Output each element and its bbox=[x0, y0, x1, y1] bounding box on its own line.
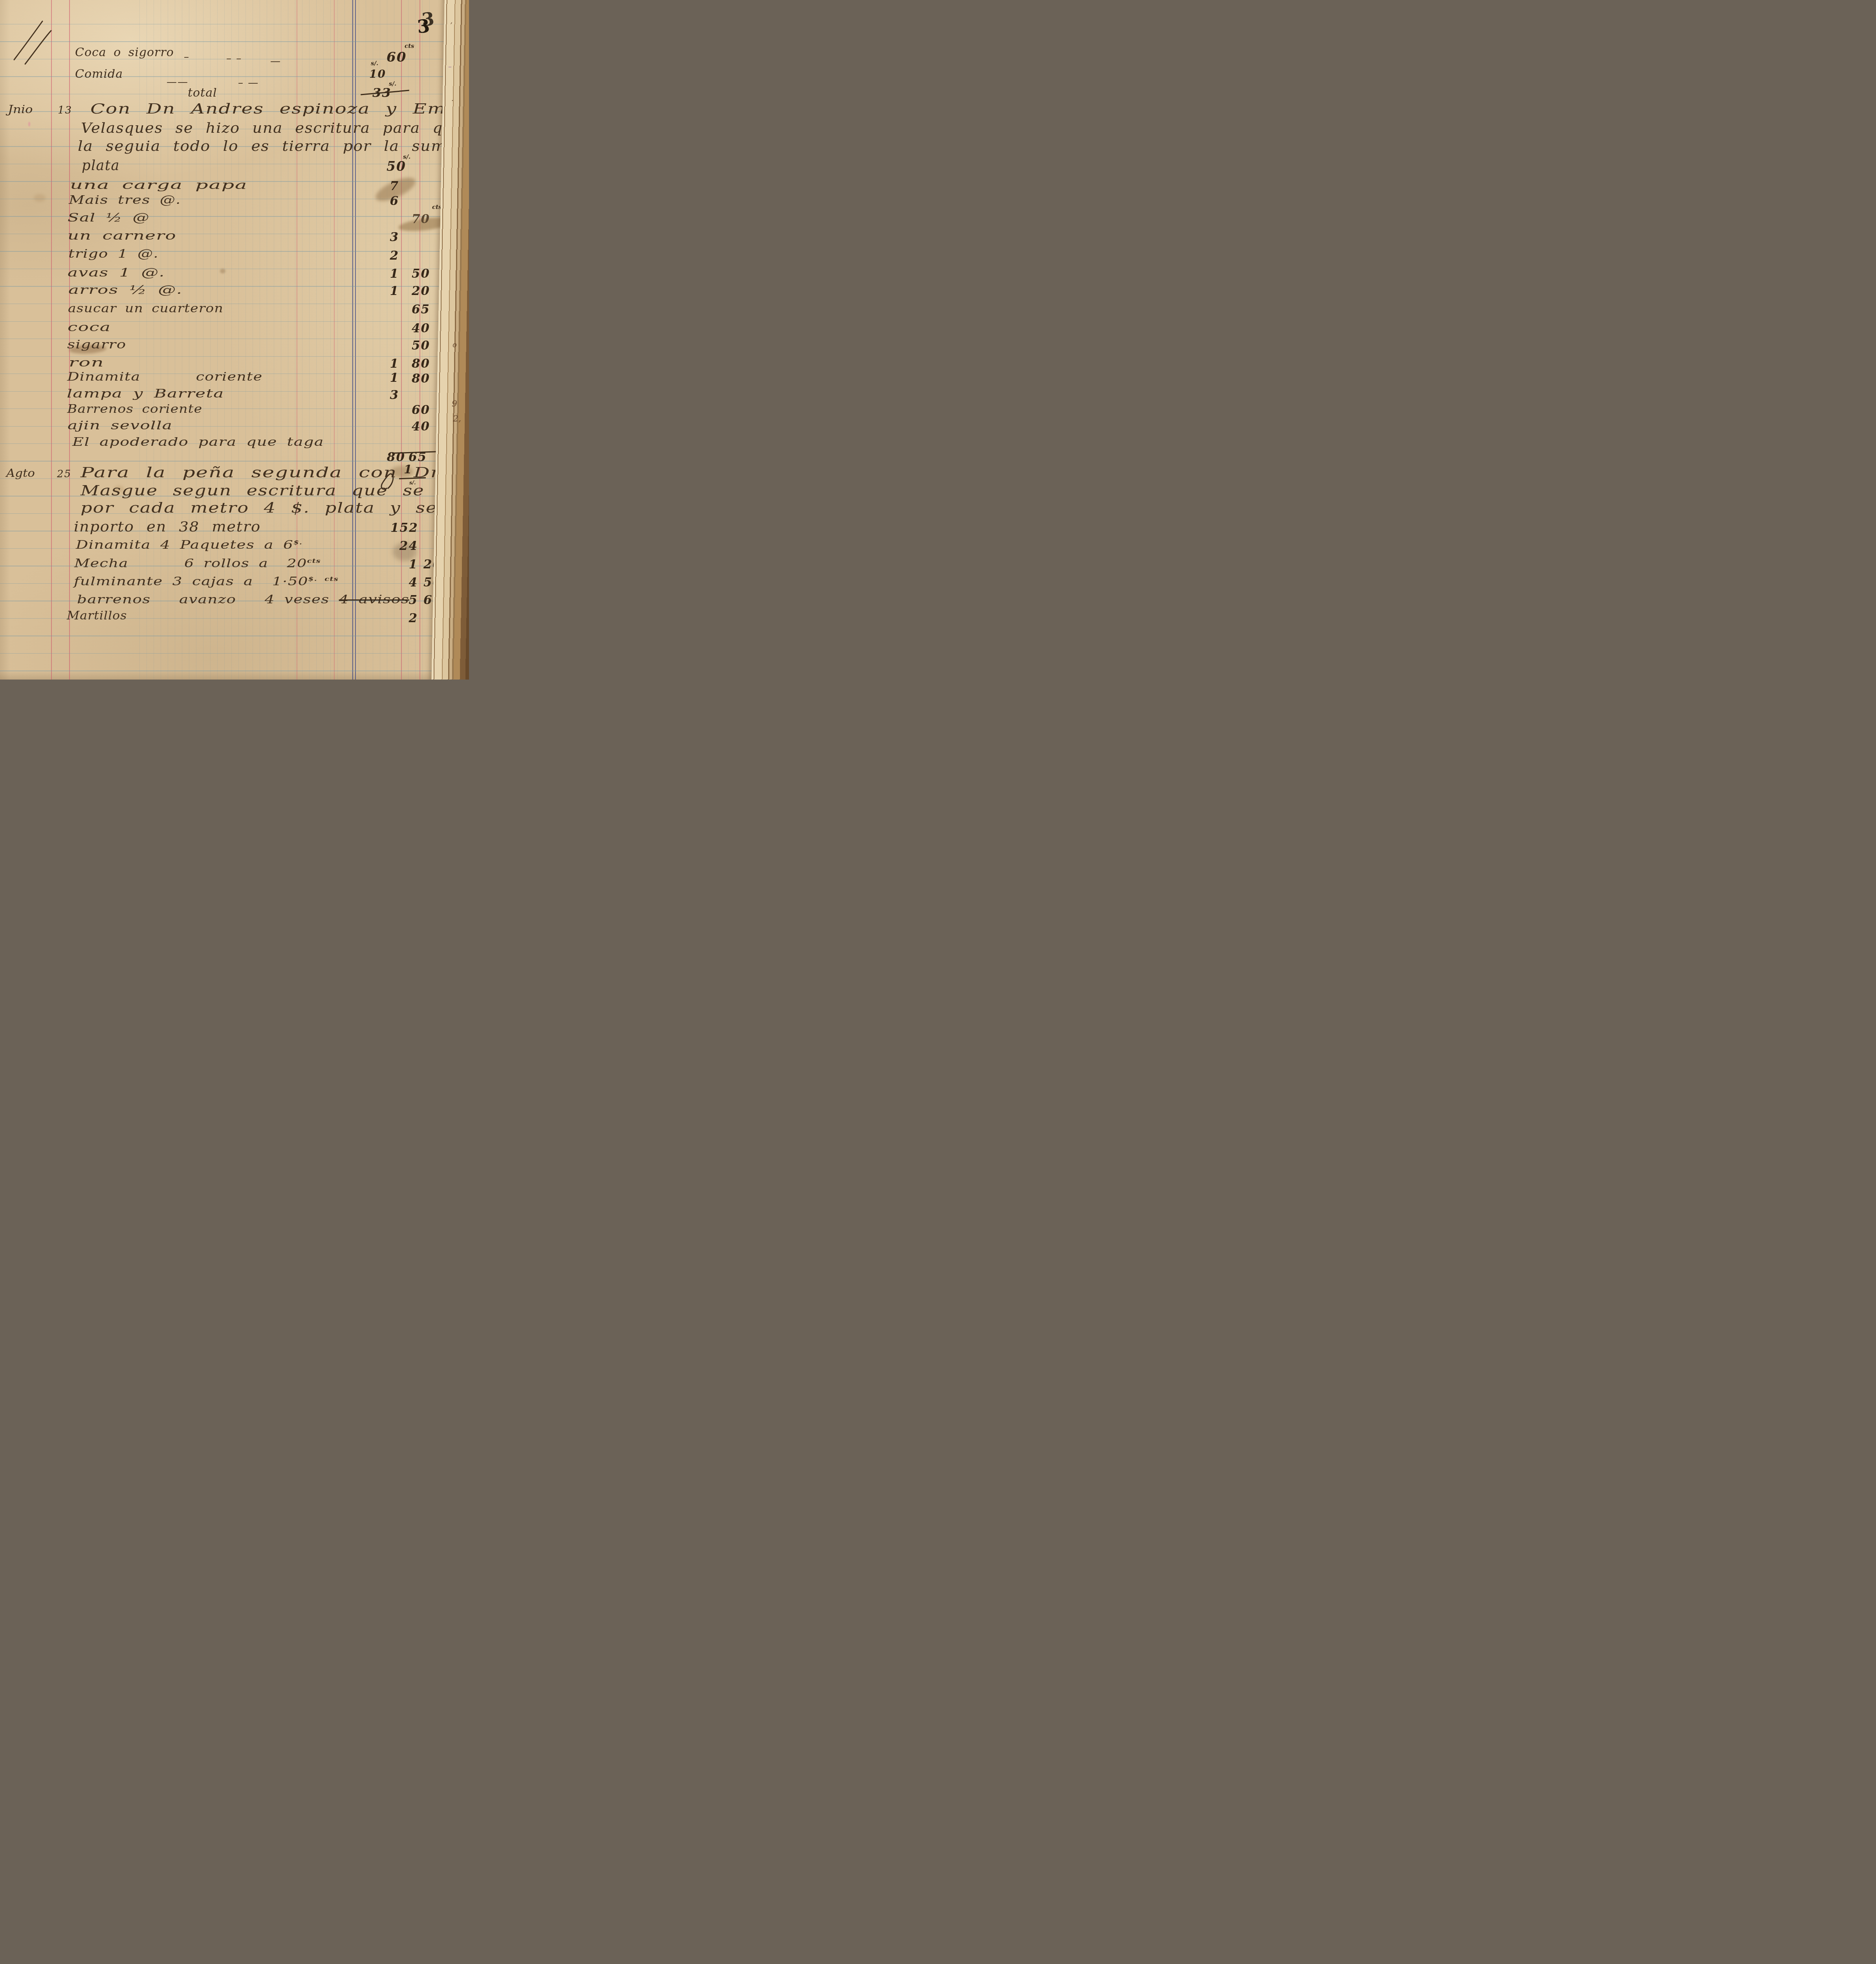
amount-cents: 20 bbox=[412, 284, 430, 298]
ledger-item-desc: Dinamita coriente bbox=[67, 370, 263, 384]
ledger-item-desc: lampa y Barreta bbox=[67, 387, 224, 401]
amount-units: 1 bbox=[390, 557, 418, 572]
handwritten-content: 3 Coca o sigorro – – – — 60 cts Comida —… bbox=[0, 0, 469, 680]
summary-amount: 10 bbox=[369, 68, 386, 81]
dash-stroke: – — bbox=[238, 77, 259, 89]
summary-row-label: Coca o sigorro bbox=[75, 46, 174, 59]
amount-cents: 80 bbox=[412, 372, 430, 386]
ledger-item-desc: trigo 1 @. bbox=[68, 247, 159, 261]
ledger-item-desc: Martillos bbox=[67, 609, 127, 623]
amount-units: 3 bbox=[372, 388, 399, 402]
amount-cents: 40 bbox=[412, 420, 430, 434]
amount-units: 2 bbox=[372, 249, 399, 263]
inline-superscript: $. bbox=[293, 539, 302, 546]
line-text: Mecha 6 rollos a 20 bbox=[74, 557, 307, 570]
amount-cents: 80 bbox=[412, 357, 430, 371]
entry-paragraph-line: Masgue segun escritura que se hizo es bbox=[81, 483, 469, 499]
amount-units: 152 bbox=[390, 521, 418, 535]
line-text: barrenos avanzo 4 veses bbox=[77, 593, 339, 606]
ledger-item-desc: Dinamita 4 Paquetes a 6$. bbox=[76, 538, 302, 552]
edge-ink-mark: 9 bbox=[452, 399, 457, 409]
ledger-page-scan: 3 Coca o sigorro – – – — 60 cts Comida —… bbox=[0, 0, 469, 680]
entry-amount: 50 bbox=[387, 159, 406, 174]
entry-paragraph-line: plata bbox=[82, 158, 120, 174]
ledger-item-desc: coca bbox=[68, 321, 111, 334]
dash-stroke: – bbox=[184, 51, 190, 63]
amount-cents: 40 bbox=[412, 321, 430, 335]
entry-paragraph-line: Con Dn Andres espinoza y Emogenes bbox=[90, 101, 469, 117]
ledger-item-desc: ron bbox=[69, 356, 104, 370]
ledger-item-desc: Mais tres @. bbox=[69, 193, 181, 207]
ledger-item-desc: Mecha 6 rollos a 20cts bbox=[74, 557, 321, 570]
edge-ink-mark: o bbox=[453, 341, 457, 349]
ledger-item-desc: arros ½ @. bbox=[68, 283, 183, 297]
ledger-item-desc: barrenos avanzo 4 veses 4 avisos bbox=[77, 593, 409, 606]
ledger-item-desc: asucar un cuarteron bbox=[68, 302, 224, 315]
entry-day: 13 bbox=[58, 104, 72, 116]
dash-stroke: — bbox=[270, 55, 281, 67]
currency-superscript: s/. bbox=[371, 60, 378, 67]
ledger-item-desc: Sal ½ @ bbox=[68, 211, 150, 225]
entry-paragraph-line: inporto en 38 metro bbox=[74, 519, 261, 535]
ledger-item-desc: un carnero bbox=[68, 229, 176, 243]
ledger-item-desc: avas 1 @. bbox=[68, 266, 165, 280]
ledger-item-desc: Barrenos coriente bbox=[67, 402, 202, 416]
entry-day: 25 bbox=[57, 468, 71, 480]
apoderado-note: El apoderado para que taga bbox=[72, 435, 324, 449]
ledger-item-desc: fulminante 3 cajas a 1·50$. cts bbox=[74, 575, 339, 588]
amount-units: 1 bbox=[372, 284, 399, 298]
inline-superscript: cts bbox=[307, 557, 321, 564]
inline-superscript: $. cts bbox=[308, 575, 339, 583]
amount-units: 5 bbox=[390, 593, 418, 607]
currency-superscript: cts bbox=[405, 42, 414, 49]
amount-units: 1 bbox=[372, 357, 399, 371]
amount-cents: 65 bbox=[412, 302, 430, 317]
page-number: 3 bbox=[416, 15, 431, 38]
total-word: total bbox=[188, 86, 217, 100]
ledger-item-desc: ajin sevolla bbox=[68, 419, 172, 432]
edge-ink-mark: 2, bbox=[453, 414, 461, 424]
ledger-item-desc: sigarro bbox=[67, 338, 126, 352]
edge-ink-mark: ’ bbox=[450, 22, 453, 30]
currency-superscript: s/. bbox=[403, 153, 410, 160]
amount-units: 1 bbox=[372, 267, 399, 281]
summary-amount: 60 bbox=[387, 49, 407, 65]
amount-units: 1 bbox=[372, 371, 399, 385]
ledger-item-desc: una carga papa bbox=[70, 178, 247, 192]
amount-cents: 50 bbox=[412, 267, 430, 281]
currency-superscript: s/. bbox=[389, 80, 396, 87]
amount-units: 2 bbox=[390, 611, 418, 625]
entry-paragraph-line: la seguia todo lo es tierra por la suma … bbox=[78, 139, 469, 154]
dash-stroke: – – bbox=[226, 53, 242, 64]
amount-units: 3 bbox=[372, 230, 399, 244]
amount-units: 4 bbox=[390, 575, 418, 590]
amount-units: 24 bbox=[390, 539, 418, 553]
summary-row-label: Comida bbox=[75, 67, 123, 81]
entry-paragraph-line: por cada metro 4 $. plata y se midio bbox=[81, 500, 469, 516]
dash-stroke: —— bbox=[167, 76, 189, 88]
entry-month: Jnio bbox=[8, 103, 33, 116]
edge-ink-mark: – bbox=[448, 63, 452, 71]
amount-units: 6 bbox=[372, 194, 399, 208]
amount-cents: 50 bbox=[412, 339, 430, 353]
entry-month: Agto bbox=[6, 467, 35, 480]
amount-cents: 60 bbox=[412, 403, 430, 417]
line-text: fulminante 3 cajas a 1·50 bbox=[74, 575, 308, 588]
amount-units: 7 bbox=[372, 179, 399, 193]
amount-cents: 70 bbox=[412, 212, 430, 226]
entry-paragraph-line: Velasques se hizo una escritura para que… bbox=[81, 121, 469, 136]
edge-ink-mark: · bbox=[451, 97, 454, 105]
line-text: Dinamita 4 Paquetes a 6 bbox=[76, 538, 293, 552]
